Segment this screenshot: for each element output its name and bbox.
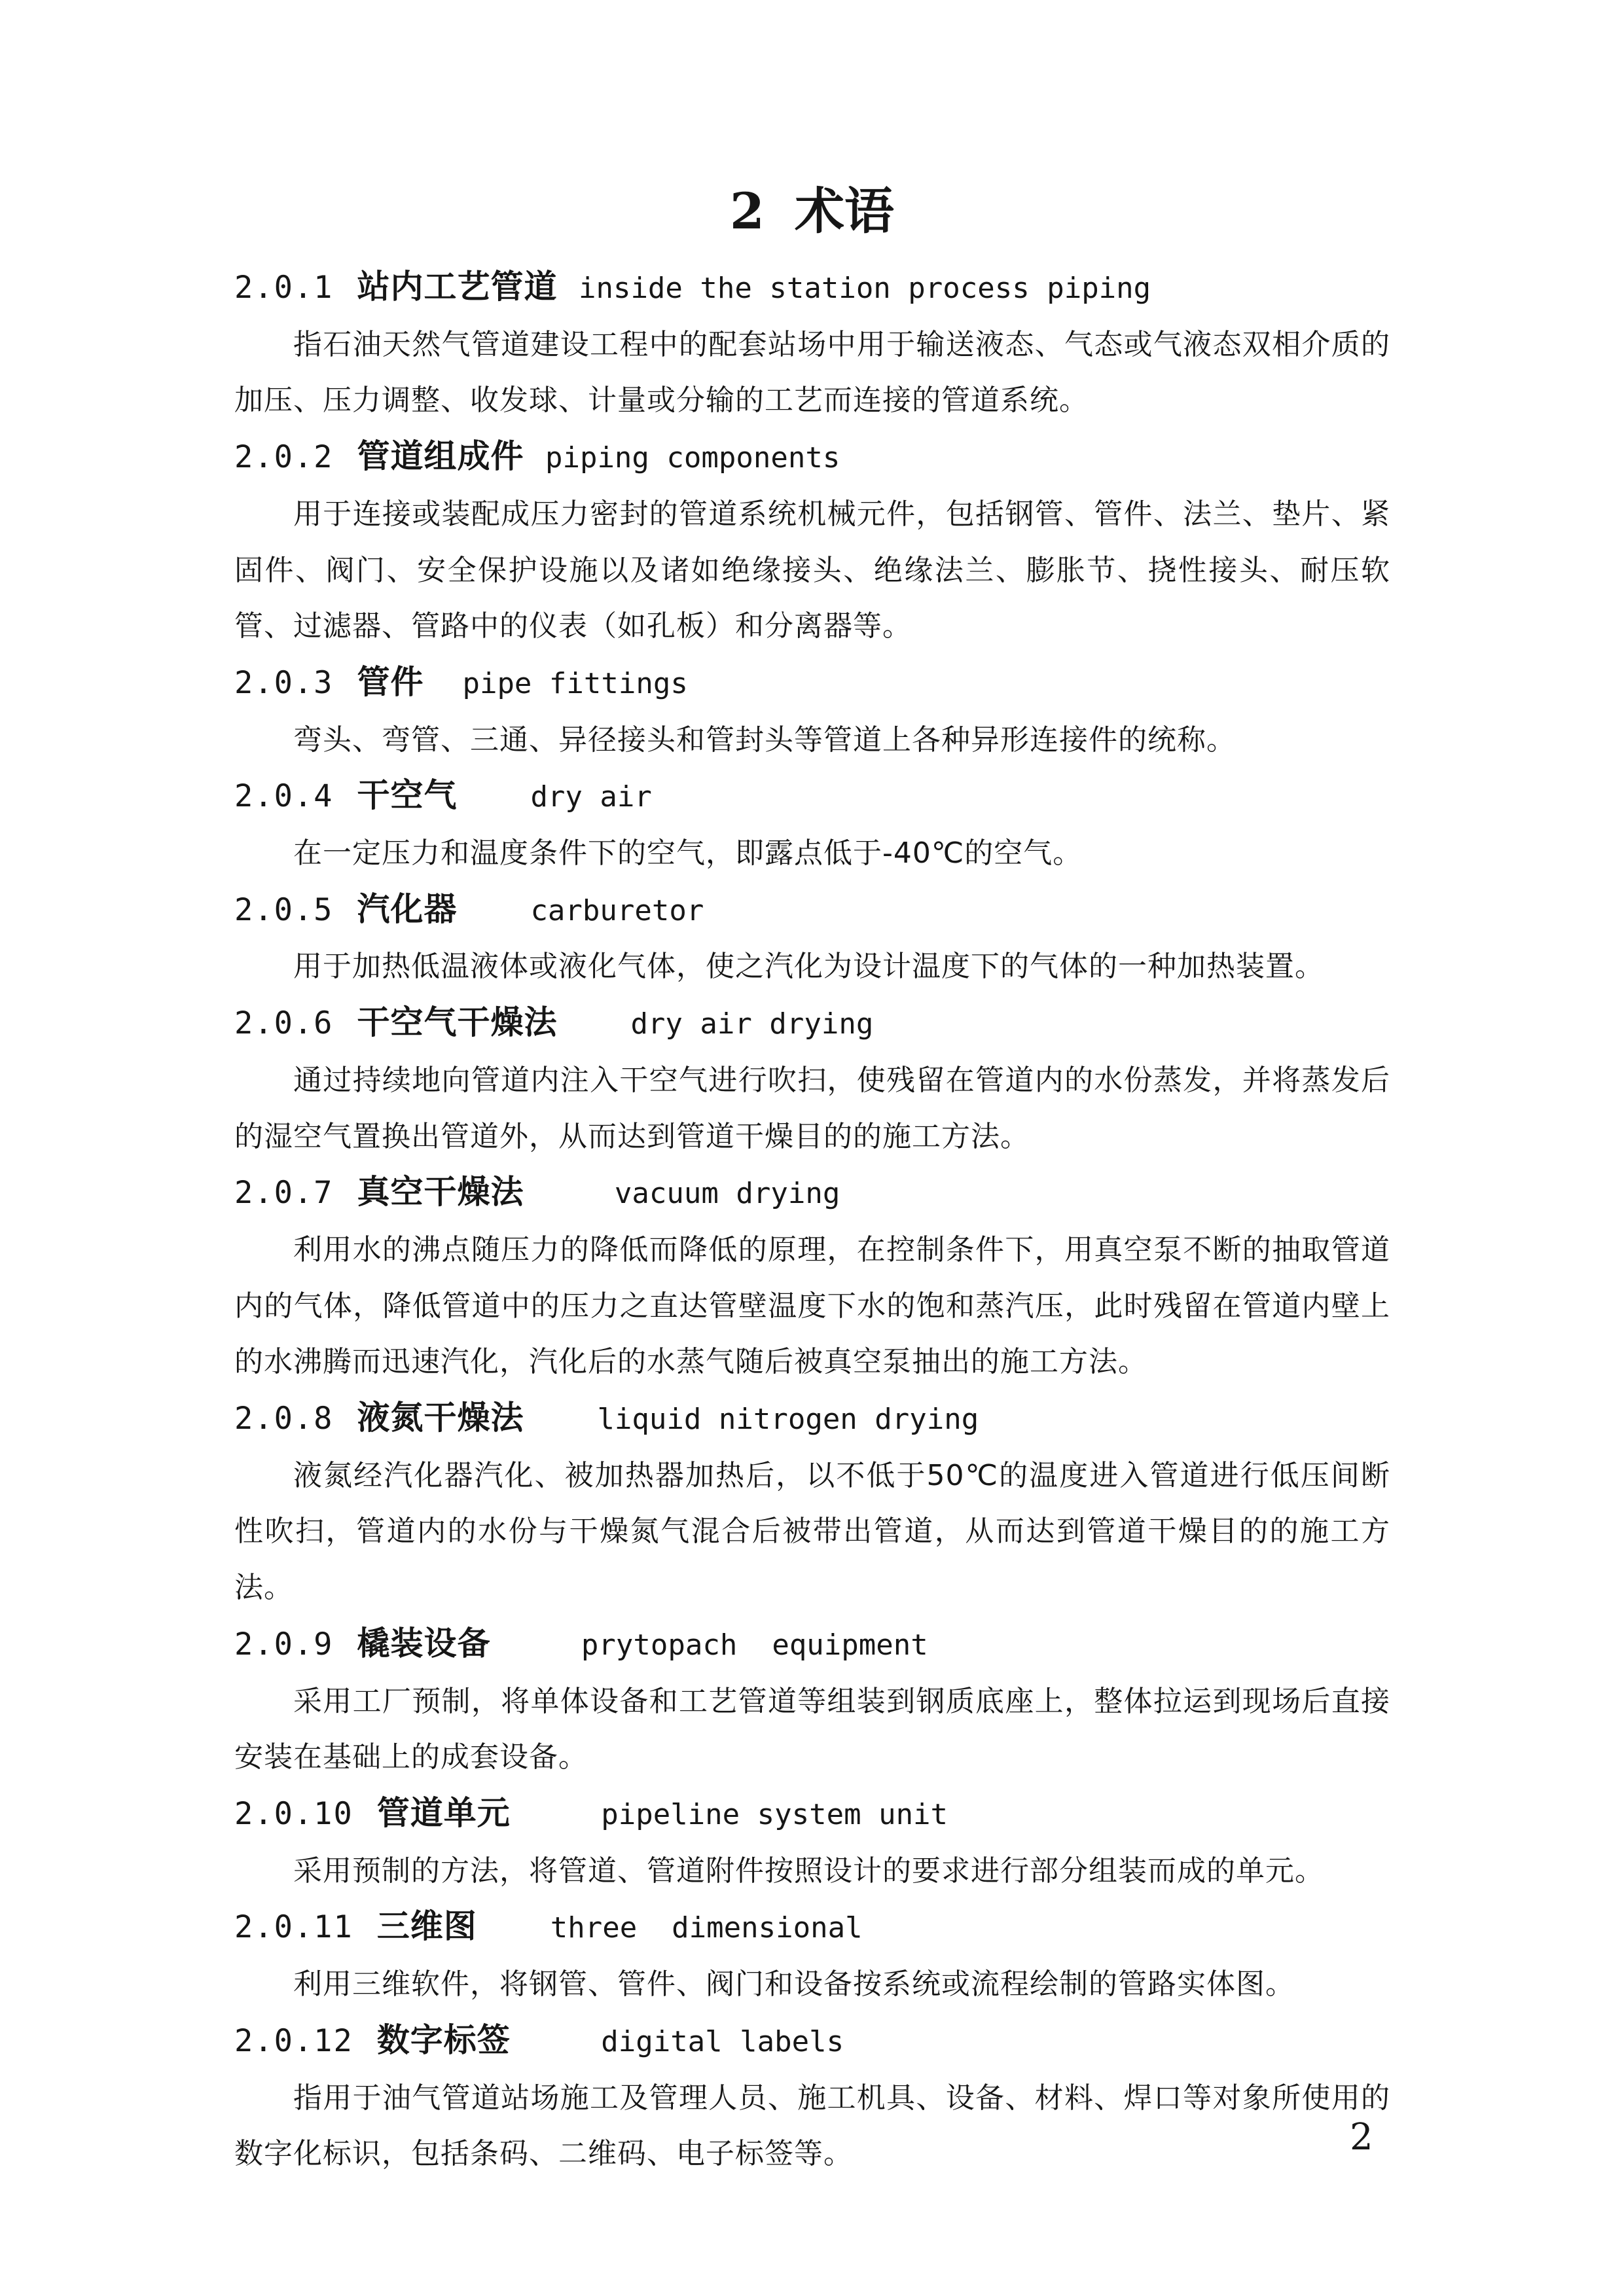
term-definition: 通过持续地向管道内注入干空气进行吹扫，使残留在管道内的水份蒸发，并将蒸发后的湿空… xyxy=(234,1052,1390,1164)
terminology-content: 2.0.1站内工艺管道 inside the station process p… xyxy=(234,259,1390,2182)
section-number: 2.0.8 xyxy=(234,1401,333,1437)
term-en: dry air xyxy=(461,780,651,814)
term-section: 2.0.10管道单元 pipeline system unit 采用预制的方法，… xyxy=(234,1785,1390,1899)
term-section: 2.0.2管道组成件 piping components 用于连接或装配成压力密… xyxy=(234,429,1390,655)
term-zh: 干空气干燥法 xyxy=(357,1003,557,1041)
term-en: prytopach equipment xyxy=(494,1628,928,1662)
section-heading: 2.0.7真空干燥法 vacuum drying xyxy=(234,1164,1390,1222)
section-number: 2.0.9 xyxy=(234,1626,333,1662)
term-definition: 在一定压力和温度条件下的空气，即露点低于-40℃的空气。 xyxy=(234,825,1390,882)
term-zh: 数字标签 xyxy=(377,2021,511,2059)
term-definition: 采用预制的方法，将管道、管道附件按照设计的要求进行部分组装而成的单元。 xyxy=(234,1843,1390,1899)
section-heading: 2.0.1站内工艺管道 inside the station process p… xyxy=(234,259,1390,317)
section-heading: 2.0.8液氮干燥法 liquid nitrogen drying xyxy=(234,1390,1390,1448)
term-zh: 站内工艺管道 xyxy=(357,268,557,306)
chapter-title-text: 术语 xyxy=(795,182,894,240)
term-en: vacuum drying xyxy=(528,1177,840,1210)
section-number: 2.0.12 xyxy=(234,2023,353,2059)
term-section: 2.0.6干空气干燥法 dry air drying 通过持续地向管道内注入干空… xyxy=(234,995,1390,1164)
section-heading: 2.0.10管道单元 pipeline system unit xyxy=(234,1785,1390,1843)
section-heading: 2.0.12数字标签 digital labels xyxy=(234,2013,1390,2070)
section-number: 2.0.1 xyxy=(234,270,333,306)
term-section: 2.0.9橇装设备 prytopach equipment 采用工厂预制，将单体… xyxy=(234,1616,1390,1785)
term-section: 2.0.7真空干燥法 vacuum drying 利用水的沸点随压力的降低而降低… xyxy=(234,1164,1390,1390)
section-heading: 2.0.5汽化器 carburetor xyxy=(234,882,1390,939)
term-section: 2.0.8液氮干燥法 liquid nitrogen drying 液氮经汽化器… xyxy=(234,1390,1390,1616)
section-heading: 2.0.9橇装设备 prytopach equipment xyxy=(234,1616,1390,1674)
term-zh: 汽化器 xyxy=(357,890,457,928)
term-definition: 弯头、弯管、三通、异径接头和管封头等管道上各种异形连接件的统称。 xyxy=(234,712,1390,768)
term-zh: 橇装设备 xyxy=(357,1624,490,1662)
term-en: three dimensional xyxy=(481,1911,863,1945)
section-number: 2.0.11 xyxy=(234,1909,353,1945)
section-number: 2.0.3 xyxy=(234,665,333,701)
term-zh: 管件 xyxy=(357,663,424,701)
page-number: 2 xyxy=(1350,2118,1373,2157)
section-heading: 2.0.2管道组成件 piping components xyxy=(234,429,1390,486)
term-zh: 干空气 xyxy=(357,776,457,814)
term-definition: 用于连接或装配成压力密封的管道系统机械元件，包括钢管、管件、法兰、垫片、紧固件、… xyxy=(234,486,1390,655)
term-section: 2.0.1站内工艺管道 inside the station process p… xyxy=(234,259,1390,429)
term-section: 2.0.3管件 pipe fittings 弯头、弯管、三通、异径接头和管封头等… xyxy=(234,655,1390,768)
section-number: 2.0.6 xyxy=(234,1005,333,1041)
term-zh: 液氮干燥法 xyxy=(357,1399,524,1437)
term-en: dry air drying xyxy=(561,1007,873,1041)
term-section: 2.0.11三维图 three dimensional 利用三维软件，将钢管、管… xyxy=(234,1899,1390,2012)
section-heading: 2.0.11三维图 three dimensional xyxy=(234,1899,1390,1956)
term-definition: 用于加热低温液体或液化气体，使之汽化为设计温度下的气体的一种加热装置。 xyxy=(234,939,1390,995)
term-definition: 液氮经汽化器汽化、被加热器加热后，以不低于50℃的温度进入管道进行低压间断性吹扫… xyxy=(234,1448,1390,1616)
term-en: pipeline system unit xyxy=(514,1798,948,1831)
section-number: 2.0.10 xyxy=(234,1796,353,1832)
term-definition: 利用水的沸点随压力的降低而降低的原理，在控制条件下，用真空泵不断的抽取管道内的气… xyxy=(234,1222,1390,1390)
section-number: 2.0.5 xyxy=(234,892,333,928)
section-heading: 2.0.6干空气干燥法 dry air drying xyxy=(234,995,1390,1052)
document-page: 2术语 2.0.1站内工艺管道 inside the station proce… xyxy=(0,0,1624,2296)
term-zh: 管道单元 xyxy=(377,1794,511,1832)
page-title: 2术语 xyxy=(0,175,1624,247)
term-definition: 指石油天然气管道建设工程中的配套站场中用于输送液态、气态或气液态双相介质的加压、… xyxy=(234,317,1390,429)
term-en: piping components xyxy=(528,441,840,475)
term-zh: 真空干燥法 xyxy=(357,1173,524,1211)
term-en: liquid nitrogen drying xyxy=(528,1403,979,1436)
section-number: 2.0.4 xyxy=(234,778,333,814)
section-number: 2.0.2 xyxy=(234,439,333,475)
term-definition: 指用于油气管道站场施工及管理人员、施工机具、设备、材料、焊口等对象所使用的数字化… xyxy=(234,2070,1390,2182)
chapter-number: 2 xyxy=(730,182,765,240)
section-number: 2.0.7 xyxy=(234,1175,333,1211)
section-heading: 2.0.4干空气 dry air xyxy=(234,768,1390,825)
term-section: 2.0.12数字标签 digital labels 指用于油气管道站场施工及管理… xyxy=(234,2013,1390,2182)
term-section: 2.0.4干空气 dry air 在一定压力和温度条件下的空气，即露点低于-40… xyxy=(234,768,1390,881)
term-zh: 三维图 xyxy=(377,1907,477,1945)
term-definition: 利用三维软件，将钢管、管件、阀门和设备按系统或流程绘制的管路实体图。 xyxy=(234,1956,1390,2013)
term-section: 2.0.5汽化器 carburetor 用于加热低温液体或液化气体，使之汽化为设… xyxy=(234,882,1390,995)
term-definition: 采用工厂预制，将单体设备和工艺管道等组装到钢质底座上，整体拉运到现场后直接安装在… xyxy=(234,1674,1390,1785)
term-en: pipe fittings xyxy=(427,667,687,700)
term-en: carburetor xyxy=(461,894,704,927)
term-en: inside the station process piping xyxy=(561,272,1151,305)
term-en: digital labels xyxy=(514,2025,844,2058)
section-heading: 2.0.3管件 pipe fittings xyxy=(234,655,1390,712)
term-zh: 管道组成件 xyxy=(357,437,524,475)
